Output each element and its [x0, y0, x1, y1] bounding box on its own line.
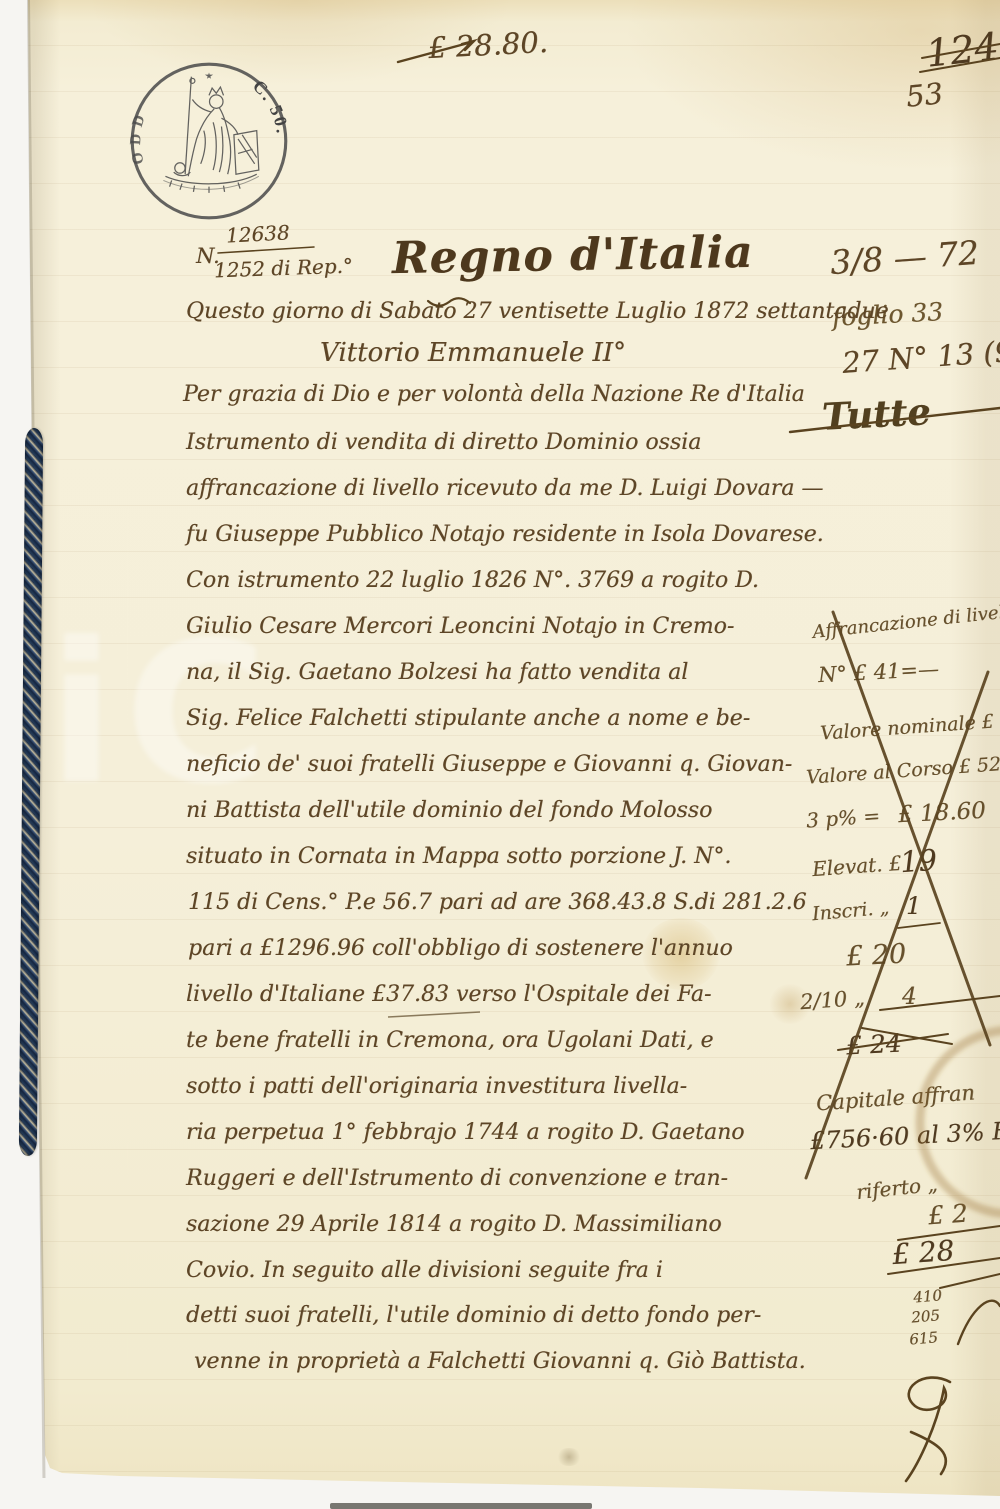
- flourish-dash: [790, 408, 1000, 432]
- sum-flourish: [958, 1301, 1000, 1344]
- cross-out-x: [806, 612, 990, 1178]
- signature-paraph: [906, 1378, 950, 1481]
- value-underline: [898, 923, 940, 928]
- pencil-underline: [388, 1012, 480, 1017]
- strikethrough-lines: [920, 44, 1000, 72]
- scanned-document: iC: [0, 0, 1000, 1509]
- title-tilde: [428, 298, 470, 306]
- sum-rules: [888, 1226, 1000, 1288]
- scanner-artifact: [330, 1503, 592, 1509]
- pen-flourish: [398, 41, 474, 62]
- ink-strokes-overlay: [0, 0, 1000, 1509]
- ink-stain: [920, 1030, 1000, 1214]
- fraction-bar: [218, 247, 314, 253]
